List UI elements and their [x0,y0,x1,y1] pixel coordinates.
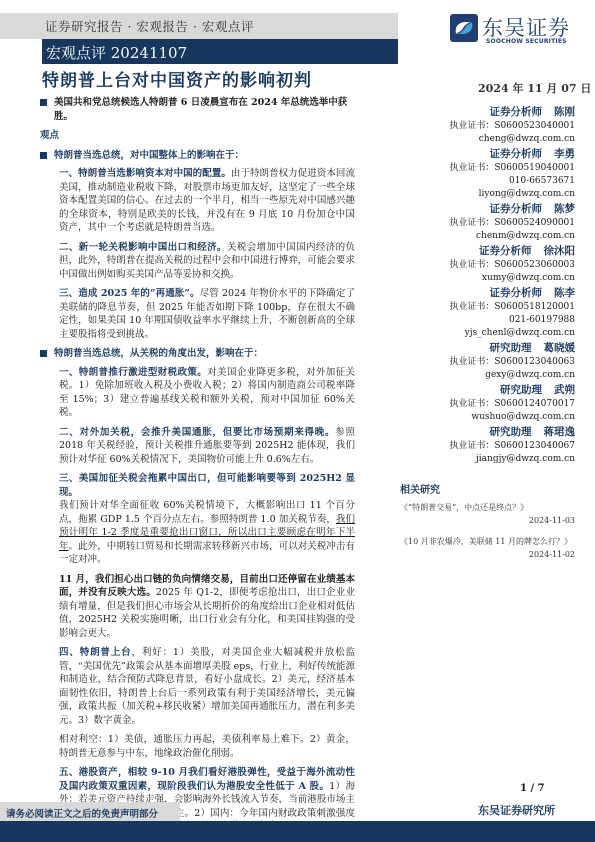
institute-name: 东吴证券研究所 [478,802,555,818]
paragraph-body: 。此外，中期转口贸易和长期需求转移新兴市场，可以对关税冲击有一定对冲。 [59,541,355,566]
paragraph: 一、特朗普推行激进型财税政策。对美国企业降更多税，对外加征关税。1）免除加班收入… [40,366,355,420]
paragraph: 二、新一轮关税影响中国出口和经济。关税会增加中国国内经济的负担，此外，特朗普在提… [40,241,355,282]
paragraph-lead: 二、新一轮关税影响中国出口和经济。 [59,242,227,253]
paragraph: 三、造成 2025 年的“再通胀”。尽管 2024 年物价水平的下降确定了美联储… [40,287,355,341]
email-link[interactable]: xumy@dwzq.com.cn [420,272,575,285]
analyst-name: 徐沐阳 [544,245,576,257]
breadcrumb: 证券研究报告 · 宏观报告 · 宏观点评 [45,17,254,35]
analyst-card: 证券分析师李勇 执业证书：S0600519040001 010-66573671… [420,147,575,201]
email-link[interactable]: chenm@dwzq.com.cn [420,230,575,243]
related-heading: 相关研究 [400,484,575,497]
analyst-role: 研究助理 [490,426,532,438]
paragraph-lead: 四、特朗普上台 [59,647,132,658]
related-research: 相关研究 《“特朗普交易”，中点还是终点？》 2024-11-03 《10 月非… [400,484,575,569]
paragraph-lead: 三、造成 2025 年的“再通胀”。 [59,288,200,299]
series-bar: 宏观点评 20241107 [42,39,398,64]
breadcrumb-bar: 证券研究报告 · 宏观报告 · 宏观点评 [0,13,398,39]
page-title: 特朗普上台对中国资产的影响初判 [42,66,312,91]
analyst-sidebar: 证券分析师陈刚 执业证书：S0600523040001 cheng@dwzq.c… [420,105,575,467]
analyst-name: 陈刚 [554,106,575,118]
email-link[interactable]: cheng@dwzq.com.cn [420,133,575,146]
email-link[interactable]: liyong@dwzq.com.cn [420,188,575,201]
analyst-card: 证券分析师徐沐阳 执业证书：S0600523060003 xumy@dwzq.c… [420,244,575,285]
analyst-role: 研究助理 [500,384,542,396]
related-item-date: 2024-11-03 [400,514,575,527]
page-number: 1 / 7 [520,783,545,794]
analyst-card: 证券分析师陈刚 执业证书：S0600523040001 cheng@dwzq.c… [420,105,575,146]
related-item-date: 2024-11-02 [400,548,575,561]
analyst-name: 陈梦 [554,203,575,215]
paragraph-body: 相对利空：1）美债，通胀压力再起，美债利率易上难下。2）黄金，特朗普无意参与中东… [59,734,355,759]
paragraph: 相对利空：1）美债，通胀压力再起，美债利率易上难下。2）黄金，特朗普无意参与中东… [40,733,355,760]
license-number: 执业证书：S0600524090001 [420,217,575,230]
footer-bar [0,821,595,842]
paragraph: 11 月，我们担心出口链的负向情绪交易，目前出口还停留在业绩基本面，并没有反映大… [40,573,355,641]
analyst-name: 武朔 [554,384,575,396]
analyst-name: 葛晓媛 [544,342,576,354]
license-number: 执业证书：S0600123040067 [420,440,575,453]
license-number: 执业证书：S0600523060003 [420,259,575,272]
license-number: 执业证书：S0600519040001 [420,162,575,175]
analyst-role: 证券分析师 [490,203,543,215]
paragraph: 二、对外加关税，会推升美国通胀，但要比市场预期来得晚。参照 2018 年关税经验… [40,426,355,467]
related-item-link[interactable]: 《“特朗普交易”，中点还是终点？》 [400,501,575,514]
analyst-role: 证券分析师 [479,245,532,257]
analyst-role: 证券分析师 [490,287,543,299]
license-number: 执业证书：S0600123040063 [420,356,575,369]
analyst-role: 研究助理 [490,342,532,354]
analyst-name: 李勇 [554,148,575,160]
email-link[interactable]: jiangjy@dwzq.com.cn [420,453,575,466]
email-link[interactable]: yjs_chenl@dwzq.com.cn [420,327,575,340]
brand-logo: 东吴证券 SOOCHOW SECURITIES [450,12,575,52]
license-number: 执业证书：S0600523040001 [420,120,575,133]
report-series: 宏观点评 20241107 [46,42,187,63]
viewpoint-heading: 观点 [40,129,355,143]
related-item-link[interactable]: 《10 月非农爆冷，美联储 11 月的牌怎么打？》 [400,535,575,548]
license-number: 执业证书：S0600518120001 [420,301,575,314]
paragraph: 四、特朗普上台，利好：1）美股，对美国企业大幅减税并放松监管，“美国优先”政策会… [40,646,355,727]
main-content: 美国共和党总统候选人特朗普 6 日凌晨宣布在 2024 年总统选举中获胜。 观点… [40,96,355,840]
disclaimer-text: 请务必阅读正文之后的免责声明部分 [6,806,158,820]
paragraph-lead: 二、对外加关税，会推升美国通胀，但要比市场预期来得晚。 [59,427,335,438]
section-heading: 特朗普当选总统，从关税的角度出发，影响在于： [40,347,355,361]
analyst-card: 证券分析师陈李 执业证书：S0600518120001 021-60197988… [420,286,575,340]
paragraph: 三、美国加征关税会拖累中国出口，但可能影响要等到 2025H2 显现。我们预计对… [40,472,355,567]
soochow-logo-icon [450,14,478,42]
report-date: 2024 年 11 月 07 日 [478,80,591,96]
analyst-card: 研究助理蒋珺逸 执业证书：S0600123040067 jiangjy@dwzq… [420,425,575,466]
logo-text-en: SOOCHOW SECURITIES [486,38,567,45]
analyst-card: 证券分析师陈梦 执业证书：S0600524090001 chenm@dwzq.c… [420,202,575,243]
analyst-card: 研究助理武朔 执业证书：S0600124070017 wushuo@dwzq.c… [420,383,575,424]
paragraph-lead: 一、特朗普当选影响资本对中国的配置。 [59,168,231,179]
paragraph-lead: 三、美国加征关税会拖累中国出口，但可能影响要等到 2025H2 显现。 [59,473,355,498]
analyst-name: 蒋珺逸 [544,426,576,438]
analyst-name: 陈李 [554,287,575,299]
license-number: 执业证书：S0600124070017 [420,398,575,411]
paragraph: 一、特朗普当选影响资本对中国的配置。由于特朗普权力促进资本回流美国，推动制造业税… [40,167,355,235]
summary-bullet: 美国共和党总统候选人特朗普 6 日凌晨宣布在 2024 年总统选举中获胜。 [40,96,355,123]
paragraph-lead: 五、港股资产，相较 9-10 月我们看好港股弹性，受益于海外流动性及国内政策双重… [59,767,355,792]
analyst-card: 研究助理葛晓媛 执业证书：S0600123040063 gexy@dwzq.co… [420,341,575,382]
email-link[interactable]: gexy@dwzq.com.cn [420,369,575,382]
analyst-role: 证券分析师 [490,106,543,118]
section-heading: 特朗普当选总统，对中国整体上的影响在于： [40,149,355,163]
disclaimer-bar: 请务必阅读正文之后的免责声明部分 [0,802,180,822]
paragraph-body: 我们预计对华全面征收 60%关税情境下，大概影响出口 11 个百分点，拖累 GD… [59,500,355,525]
phone-number: 021-60197988 [420,314,575,327]
email-link[interactable]: wushuo@dwzq.com.cn [420,411,575,424]
phone-number: 010-66573671 [420,175,575,188]
paragraph-lead: 一、特朗普推行激进型财税政策。 [59,367,207,378]
analyst-role: 证券分析师 [490,148,543,160]
paragraph-body: ，利好：1）美股，对美国企业大幅减税并放松监管，“美国优先”政策会从基本面增厚美… [59,647,355,726]
